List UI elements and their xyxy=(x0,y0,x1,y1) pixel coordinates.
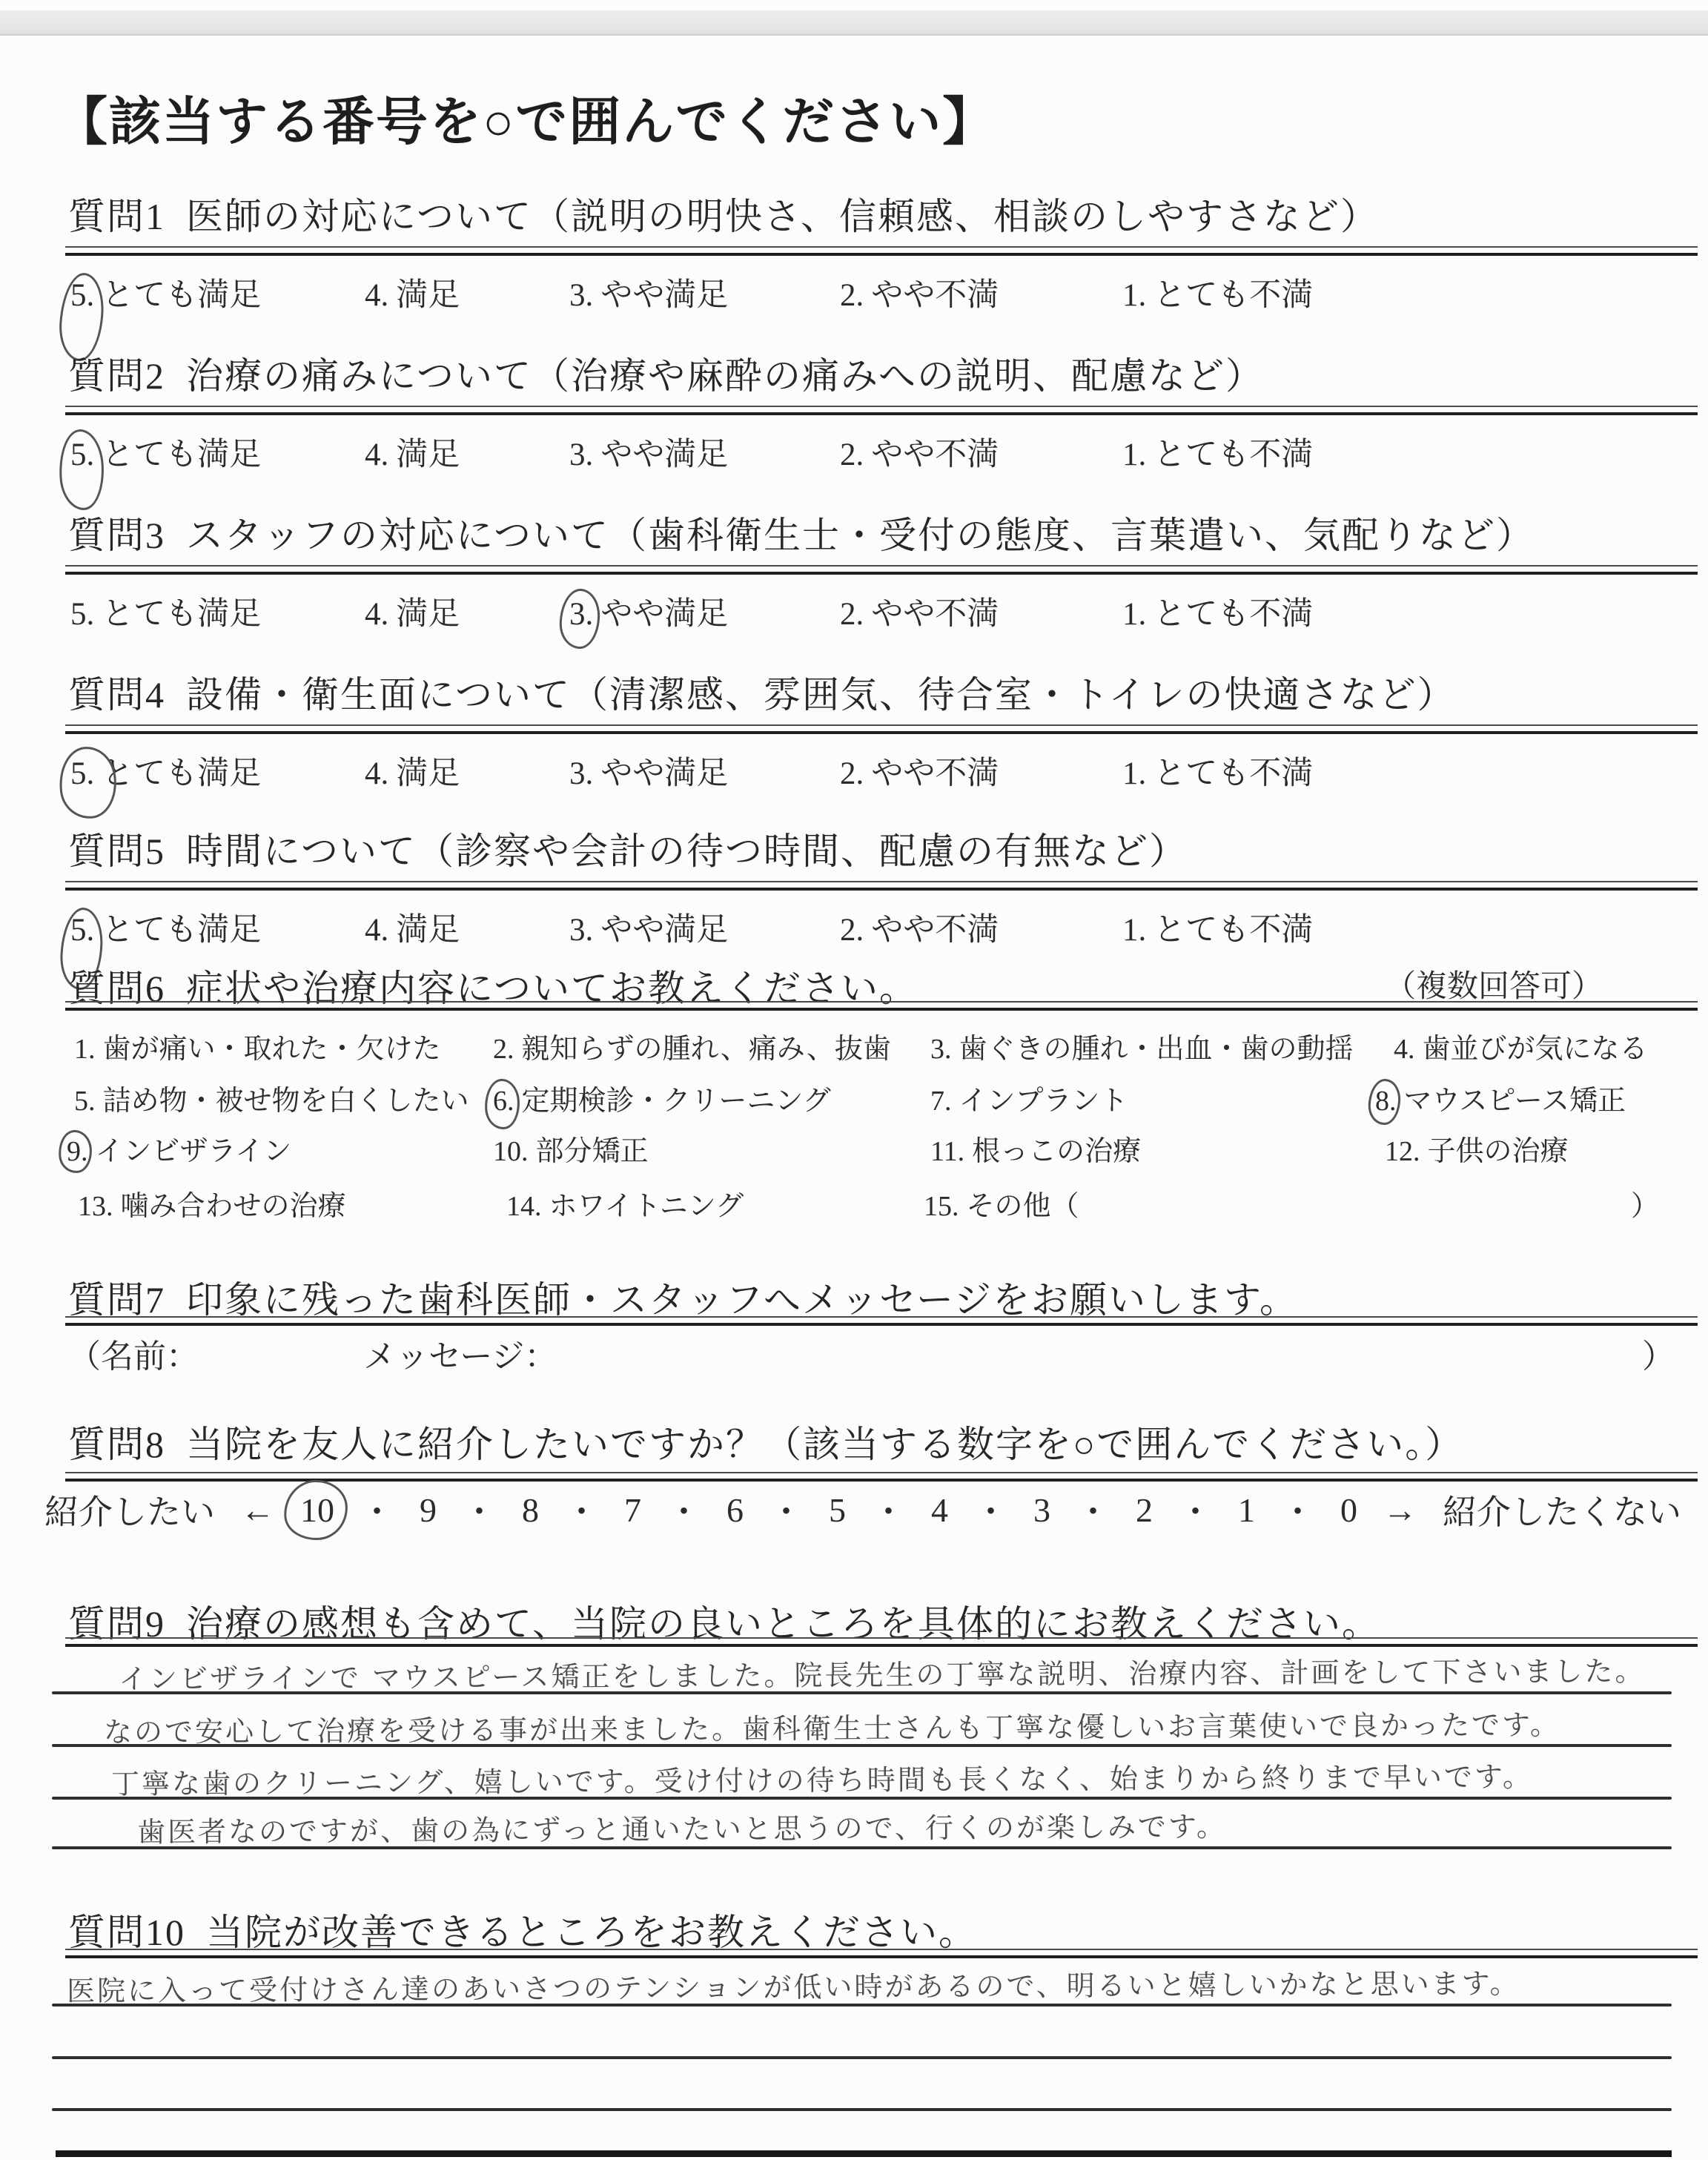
scan-artifact-band xyxy=(0,10,1708,36)
q9-handwritten-line-1: インビザラインで マウスピース矯正をしました。院長先生の丁寧な説明、治療内容、計… xyxy=(119,1648,1646,1697)
q6-item-3[interactable]: 3.歯ぐきの腫れ・出血・歯の動揺 xyxy=(930,1025,1354,1066)
q7-name-label: （名前： xyxy=(68,1330,199,1377)
question-2-text: 治療の痛みについて（治療や麻酔の痛みへの説明、配慮など） xyxy=(186,355,1264,397)
q3-option-1[interactable]: 1.とても不満 xyxy=(1122,589,1313,634)
answer-rule[interactable] xyxy=(52,2004,1672,2007)
q9-handwritten-line-3: 丁寧な歯のクリーニング、嬉しいです。受け付けの待ち時間も長くなく、始まりから終り… xyxy=(111,1754,1533,1802)
answer-rule[interactable] xyxy=(52,1744,1672,1747)
q5-option-2[interactable]: 2.やや不満 xyxy=(840,905,999,950)
q8-value-10[interactable]: 10 xyxy=(300,1490,334,1530)
q2-option-5[interactable]: 5.とても満足 xyxy=(70,429,261,475)
q6-item-6-number[interactable]: 6. xyxy=(493,1085,514,1117)
q3-option-4[interactable]: 4.満足 xyxy=(365,589,460,634)
divider xyxy=(65,881,1698,891)
q6-item-8-label: マウスピース矯正 xyxy=(1404,1086,1626,1117)
q8-value-7[interactable]: 7 xyxy=(624,1490,641,1530)
q6-item-8[interactable]: 8.マウスピース矯正 xyxy=(1375,1077,1626,1118)
q5-option-5-label: とても満足 xyxy=(102,913,261,948)
q8-value-4[interactable]: 4 xyxy=(931,1490,948,1530)
q3-option-2[interactable]: 2.やや不満 xyxy=(840,589,999,634)
q4-option-1[interactable]: 1.とても不満 xyxy=(1122,748,1313,793)
q1-option-5-number[interactable]: 5. xyxy=(70,277,94,314)
q8-value-8[interactable]: 8 xyxy=(522,1490,539,1530)
question-7-label: 質問7 xyxy=(68,1279,165,1321)
dot-separator: ・ xyxy=(565,1485,599,1534)
dot-separator: ・ xyxy=(360,1485,394,1534)
dot-separator: ・ xyxy=(1281,1485,1315,1534)
question-6-note: （複数回答可） xyxy=(1385,962,1603,1006)
dot-separator: ・ xyxy=(974,1485,1008,1534)
q6-item-1[interactable]: 1.歯が痛い・取れた・欠けた xyxy=(74,1025,441,1066)
q4-option-5-label: とても満足 xyxy=(102,756,261,791)
scanned-survey-page: 【該当する番号を○で囲んでください】 質問1医師の対応について（説明の明快さ、信… xyxy=(0,0,1708,2160)
q6-item-13[interactable]: 13.噛み合わせの治療 xyxy=(78,1183,346,1223)
question-4-label: 質問4 xyxy=(68,674,165,716)
page-title: 【該当する番号を○で囲んでください】 xyxy=(56,80,996,155)
q2-option-2[interactable]: 2.やや不満 xyxy=(840,429,999,475)
question-5-text: 時間について（診察や会計の待つ時間、配慮の有無など） xyxy=(186,830,1188,872)
question-1-title: 質問1医師の対応について（説明の明快さ、信頼感、相談のしやすさなど） xyxy=(68,187,1379,240)
q1-option-3[interactable]: 3.やや満足 xyxy=(569,270,728,315)
q6-item-9-number[interactable]: 9. xyxy=(67,1135,88,1168)
dot-separator: ・ xyxy=(463,1485,497,1534)
q5-option-3[interactable]: 3.やや満足 xyxy=(569,905,728,950)
dot-separator: ・ xyxy=(872,1485,906,1534)
divider xyxy=(65,246,1698,256)
q8-left-arrow-icon: ← xyxy=(241,1490,275,1530)
q4-option-4[interactable]: 4.満足 xyxy=(365,748,460,793)
answer-rule[interactable] xyxy=(52,2056,1672,2059)
q3-option-5[interactable]: 5.とても満足 xyxy=(70,589,261,634)
question-2-title: 質問2治療の痛みについて（治療や麻酔の痛みへの説明、配慮など） xyxy=(68,346,1264,400)
q4-option-3[interactable]: 3.やや満足 xyxy=(569,748,728,793)
dot-separator: ・ xyxy=(1179,1485,1213,1534)
divider xyxy=(65,406,1698,415)
q6-item-9[interactable]: 9.インビザライン xyxy=(67,1128,291,1169)
question-3-title: 質問3スタッフの対応について（歯科衛生士・受付の態度、言葉遣い、気配りなど） xyxy=(68,506,1535,559)
q8-value-5[interactable]: 5 xyxy=(829,1490,846,1530)
divider xyxy=(65,1001,1698,1011)
question-8-text: 当院を友人に紹介したいですか？（該当する数字を○で囲んでください。） xyxy=(186,1424,1463,1465)
q9-handwritten-line-4: 歯医者なのですが、歯の為にずっと通いたいと思うので、行くのが楽しみです。 xyxy=(137,1803,1227,1850)
question-8-label: 質問8 xyxy=(68,1424,165,1465)
q1-option-5[interactable]: 5.とても満足 xyxy=(70,270,261,315)
q6-item-6[interactable]: 6.定期検診・クリーニング xyxy=(493,1077,831,1118)
question-4-title: 質問4設備・衛生面について（清潔感、雰囲気、待合室・トイレの快適さなど） xyxy=(68,665,1456,719)
divider xyxy=(65,724,1698,734)
q6-item-8-number[interactable]: 8. xyxy=(1375,1085,1397,1117)
q3-option-3-label: やや満足 xyxy=(600,597,728,632)
q8-left-label: 紹介したい xyxy=(44,1485,215,1534)
question-1-text: 医師の対応について（説明の明快さ、信頼感、相談のしやすさなど） xyxy=(186,196,1379,237)
q1-option-1[interactable]: 1.とても不満 xyxy=(1122,270,1313,315)
q6-item-7[interactable]: 7.インプラント xyxy=(930,1077,1128,1118)
q6-item-11[interactable]: 11.根っこの治療 xyxy=(930,1128,1141,1169)
q8-value-0[interactable]: 0 xyxy=(1340,1490,1357,1530)
question-10-label: 質問10 xyxy=(68,1912,185,1953)
q2-option-1[interactable]: 1.とても不満 xyxy=(1122,429,1313,475)
q1-option-5-label: とても満足 xyxy=(102,278,261,313)
q5-option-5[interactable]: 5.とても満足 xyxy=(70,905,261,950)
q2-option-5-label: とても満足 xyxy=(102,437,261,472)
question-3-label: 質問3 xyxy=(68,515,165,556)
q4-option-5-number[interactable]: 5. xyxy=(70,756,94,792)
dot-separator: ・ xyxy=(1076,1485,1110,1534)
answer-rule[interactable] xyxy=(52,1691,1672,1694)
question-1-label: 質問1 xyxy=(68,196,165,237)
dot-separator: ・ xyxy=(667,1485,701,1534)
q7-close-paren: ） xyxy=(1642,1330,1675,1377)
divider xyxy=(65,1637,1698,1647)
q5-option-5-number[interactable]: 5. xyxy=(70,912,94,948)
q3-option-3-number[interactable]: 3. xyxy=(569,596,593,633)
q6-item-6-label: 定期検診・クリーニング xyxy=(522,1086,831,1117)
answer-rule[interactable] xyxy=(52,1846,1672,1849)
q8-right-label: 紹介したくない xyxy=(1443,1485,1681,1534)
q6-item-14[interactable]: 14.ホワイトニング xyxy=(506,1183,744,1223)
answer-rule[interactable] xyxy=(52,2108,1672,2111)
q8-value-6[interactable]: 6 xyxy=(726,1490,744,1530)
divider xyxy=(65,1316,1698,1326)
q6-item-15-close-paren: ） xyxy=(1631,1183,1659,1223)
q2-option-5-number[interactable]: 5. xyxy=(70,437,94,473)
dot-separator: ・ xyxy=(769,1485,804,1534)
q5-option-4[interactable]: 4.満足 xyxy=(365,905,460,950)
q6-item-10[interactable]: 10.部分矯正 xyxy=(493,1128,649,1169)
q6-item-2[interactable]: 2.親知らずの腫れ、痛み、抜歯 xyxy=(493,1025,891,1066)
q10-handwritten-line-1: 医院に入って受付けさん達のあいさつのテンションが低い時があるので、明るいと嬉しい… xyxy=(67,1961,1520,2009)
q5-option-1[interactable]: 1.とても不満 xyxy=(1122,905,1313,950)
question-3-text: スタッフの対応について（歯科衛生士・受付の態度、言葉遣い、気配りなど） xyxy=(186,515,1535,556)
q6-item-5[interactable]: 5.詰め物・被せ物を白くしたい xyxy=(74,1077,469,1118)
divider xyxy=(65,565,1698,575)
q7-message-label: メッセージ： xyxy=(363,1330,557,1377)
q3-option-3[interactable]: 3.やや満足 xyxy=(569,589,728,634)
answer-rule[interactable] xyxy=(52,1797,1672,1800)
question-5-label: 質問5 xyxy=(68,830,165,872)
q4-option-2[interactable]: 2.やや不満 xyxy=(840,748,999,793)
divider xyxy=(65,1472,1698,1482)
question-4-text: 設備・衛生面について（清潔感、雰囲気、待合室・トイレの快適さなど） xyxy=(186,674,1456,716)
question-8-title: 質問8当院を友人に紹介したいですか？（該当する数字を○で囲んでください。） xyxy=(68,1415,1463,1468)
question-7-text: 印象に残った歯科医師・スタッフへメッセージをお願いします。 xyxy=(186,1279,1298,1321)
q6-item-9-label: インビザライン xyxy=(96,1136,292,1167)
q6-item-15[interactable]: 15.その他（ xyxy=(924,1183,1079,1223)
q1-option-4[interactable]: 4.満足 xyxy=(365,270,460,315)
q2-option-4[interactable]: 4.満足 xyxy=(365,429,460,475)
question-10-text: 当院が改善できるところをお教えください。 xyxy=(206,1912,977,1953)
q2-option-3[interactable]: 3.やや満足 xyxy=(569,429,728,475)
q8-value-2[interactable]: 2 xyxy=(1136,1490,1153,1530)
divider xyxy=(65,1949,1698,1958)
q6-item-12[interactable]: 12.子供の治療 xyxy=(1385,1128,1569,1169)
page-bottom-rule xyxy=(56,2150,1672,2157)
q8-value-3[interactable]: 3 xyxy=(1033,1490,1050,1530)
q1-option-2[interactable]: 2.やや不満 xyxy=(840,270,999,315)
q9-handwritten-line-2: なので安心して治療を受ける事が出来ました。歯科衛生士さんも丁寧な優しいお言葉使い… xyxy=(104,1702,1560,1750)
q8-right-arrow-icon: → xyxy=(1383,1490,1417,1530)
q8-nps-scale: 紹介したい ← 10 ・ 9 ・ 8 ・ 7 ・ 6 ・ 5 ・ 4 ・ 3 ・… xyxy=(44,1485,1681,1534)
q4-option-5[interactable]: 5.とても満足 xyxy=(70,748,261,793)
q8-value-9[interactable]: 9 xyxy=(420,1490,437,1530)
question-2-label: 質問2 xyxy=(68,355,165,397)
q6-item-4[interactable]: 4.歯並びが気になる xyxy=(1394,1025,1648,1066)
question-5-title: 質問5時間について（診察や会計の待つ時間、配慮の有無など） xyxy=(68,822,1188,875)
q8-value-1[interactable]: 1 xyxy=(1238,1490,1255,1530)
